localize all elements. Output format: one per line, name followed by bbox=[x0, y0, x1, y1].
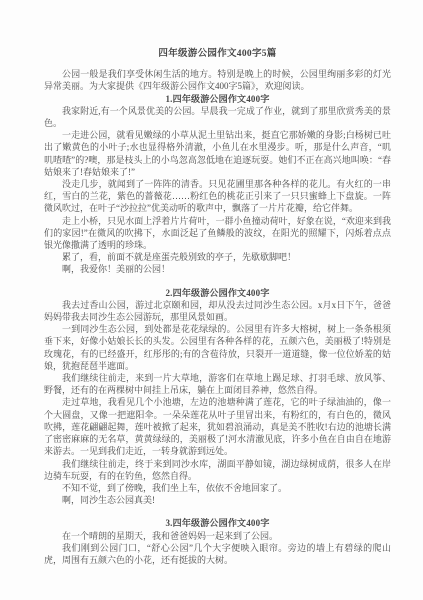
essay-3-paragraph: 在一个晴朗的星期天，我和爸爸妈妈一起来到了公园。 bbox=[44, 530, 391, 542]
essay-2-paragraph: 我去过香山公园，游过北京颐和园，却从没去过同沙生态公园。x月x日下午，爸爸妈妈带… bbox=[44, 299, 391, 323]
essay-2-paragraph: 啊，同沙生态公园真美! bbox=[44, 494, 391, 506]
document-title: 四年级游公园作文400字5篇 bbox=[44, 48, 391, 60]
essay-2-paragraph: 我们继续往前走，来到一片大草地，游客们在草地上踢足球、打羽毛球、放风筝、野餐，还… bbox=[44, 372, 391, 396]
essay-2-paragraph: 不知不觉，到了傍晚，我们坐上车，依依不舍地回家了。 bbox=[44, 482, 391, 494]
essay-1-paragraph: 没走几步，就闻到了一阵阵的清香。只见花圃里那各种各样的花儿。有火红的一串红，雪白… bbox=[44, 178, 391, 215]
essay-2-paragraph: 走过草地，我看见几个小池塘，左边的池塘种满了莲花，它的叶子绿油油的，像一个大圆盘… bbox=[44, 396, 391, 457]
essay-1-paragraph: 啊，我爱你！美丽的公园！ bbox=[44, 263, 391, 275]
essay-1-paragraph: 累了，看，前面不就是座蛋壳般别致的亭子，先歇歇脚吧！ bbox=[44, 251, 391, 263]
document-page: 四年级游公园作文400字5篇 公园一般是我们享受休闲生活的地方。特别是晚上的时候… bbox=[0, 0, 423, 600]
essay-3-paragraph: 我们刚到公园门口，“舒心公园”几个大字便映入眼帘。旁边的墙上有碧绿的爬山虎，周围… bbox=[44, 542, 391, 566]
essay-3-heading: 3.四年级游公园作文400字 bbox=[44, 517, 391, 529]
essay-1-paragraph: 一走进公园，就看见嫩绿的小草从泥土里钻出来，挺直它那娇嫩的身影;白杨树已吐出了嫩… bbox=[44, 129, 391, 178]
essay-1-paragraph: 我家附近,有一个风景优美的公园。早晨我一完成了作业，就到了那里欣赏秀美的景色。 bbox=[44, 105, 391, 129]
essay-2-heading: 2.四年级游公园作文400字 bbox=[44, 287, 391, 299]
essay-1-paragraph: 走上小桥，只见水面上浮着片片荷叶，一群小鱼撞动荷叶，好象在说，“欢迎来到我们的家… bbox=[44, 215, 391, 252]
essay-1-heading: 1.四年级游公园作文400字 bbox=[44, 93, 391, 105]
essay-2-paragraph: 我们继续往前走，终于来到同沙水库，湖面平静如镜，湖边绿树成荫，很多人在岸边骑车玩… bbox=[44, 458, 391, 482]
intro-paragraph: 公园一般是我们享受休闲生活的地方。特别是晚上的时候，公园里绚丽多彩的灯光异常美丽… bbox=[44, 68, 391, 92]
essay-2-paragraph: 一到同沙生态公园，到处都是花花绿绿的。公园里有许多大榕树，树上一条条根须垂下来，… bbox=[44, 323, 391, 372]
